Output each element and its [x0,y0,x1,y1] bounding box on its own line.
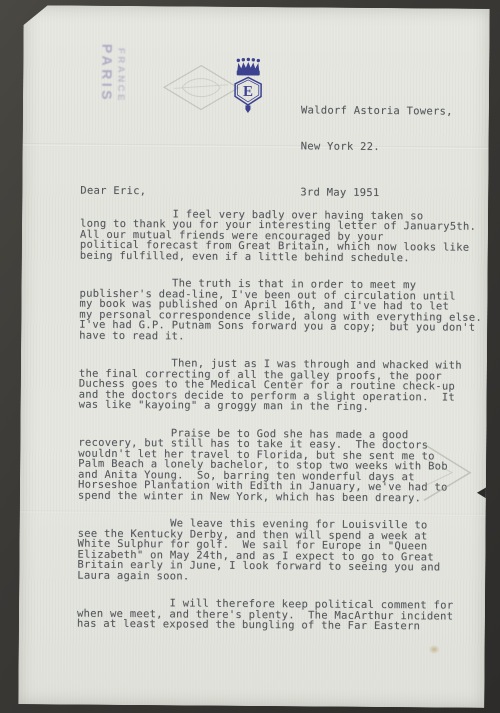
stamp-text-france: FRANCE [115,48,126,103]
paragraph-6: I will therefore keep political comment … [77,598,491,633]
paper-edge-notch [477,487,487,499]
paris-ink-stamp: PARIS FRANCE [99,44,126,103]
crest-letter-E: E [243,84,253,100]
ducal-crown-E-crest-icon: E [227,55,269,117]
paragraph-3: Then, just as I was through and whacked … [79,358,493,414]
paragraph-2: The truth is that in order to meet my pu… [79,278,493,344]
paper-stain [427,643,442,655]
paragraph-5: We leave this evening for Louisville to … [77,518,491,584]
salutation: Dear Eric, [80,186,494,200]
stamp-text-paris: PARIS [99,44,115,103]
address-line-2: New York 22. [301,140,453,153]
letter-page: PARIS FRANCE E Waldorf Astoria Towers, N… [18,5,489,708]
letter-body: Dear Eric, I feel very badly over having… [77,186,495,650]
paragraph-1: I feel very badly over having taken so l… [80,208,494,264]
address-line-1: Waldorf Astoria Towers, [301,104,453,117]
